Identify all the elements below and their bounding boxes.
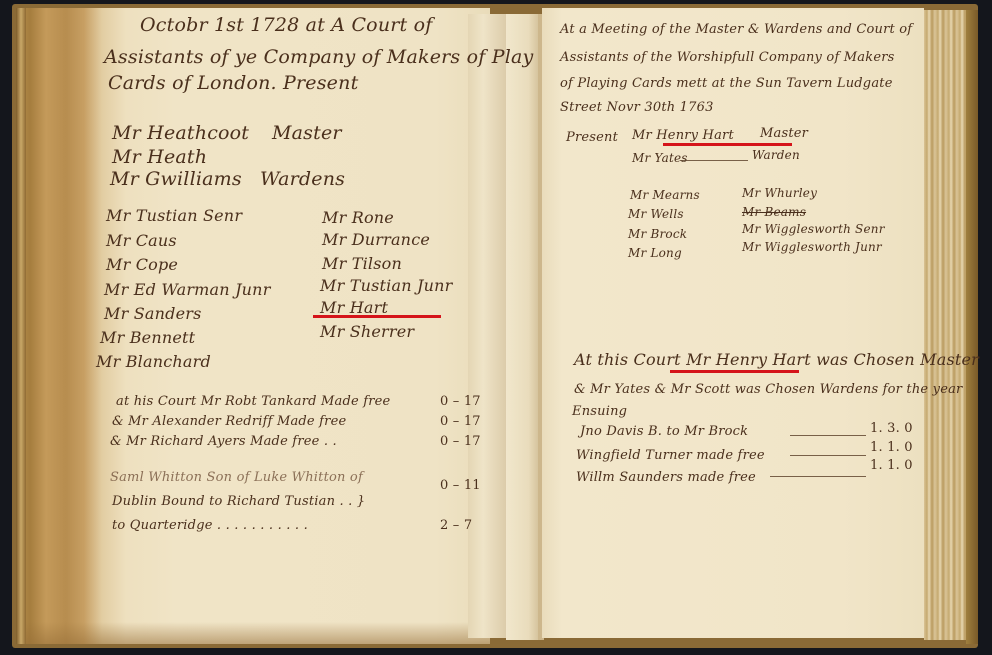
election-line: & Mr Yates & Mr Scott was Chosen Wardens… [574,382,962,397]
entry-text: Dublin Bound to Richard Tustian . . } [112,494,365,509]
entry-amount: 0 – 17 [440,414,481,429]
attendee: Mr Durrance [322,230,430,249]
attendee: Mr Ed Warman Junr [104,280,271,299]
entry-amount: 1. 1. 0 [870,440,913,455]
left-header-line: Cards of London. Present [108,72,358,94]
officer-name: Mr Heath [112,146,207,168]
entry-text: Wingfield Turner made free [576,448,765,463]
entry-amount: 1. 1. 0 [870,458,913,473]
leader-line [680,160,748,161]
highlight-underline [670,370,799,373]
officer-role: Master [760,126,808,141]
officer-name: Mr Gwilliams [110,168,242,190]
attendee: Mr Sanders [104,304,202,323]
attendee: Mr Mearns [630,188,700,202]
entry-text: Jno Davis B. to Mr Brock [580,424,748,439]
gutter-leaf [506,14,538,640]
entry-text: Willm Saunders made free [576,470,756,485]
attendee: Mr Sherrer [320,322,414,341]
entry-text: & Mr Alexander Redriff Made free [112,414,346,429]
entry-text: at his Court Mr Robt Tankard Made free [116,394,390,409]
attendee: Mr Tustian Junr [320,276,452,295]
entry-text: to Quarteridge . . . . . . . . . . . [112,518,308,533]
leader-line [770,476,866,477]
gutter-leaf [468,14,506,638]
attendee-struck: Mr Beams [742,205,806,219]
leader-line [790,435,866,436]
left-header-line: Assistants of ye Company of Makers of Pl… [104,46,533,68]
attendee: Mr Long [628,246,682,260]
right-header-line: of Playing Cards mett at the Sun Tavern … [560,76,893,91]
present-label: Present [566,130,618,145]
left-page-edge [16,8,26,644]
entry-amount: 2 – 7 [440,518,472,533]
attendee: Mr Caus [106,231,177,250]
highlight-underline [663,143,792,146]
officer-name-highlighted: Mr Henry Hart [632,128,734,143]
attendee: Mr Bennett [100,328,195,347]
officer-role: Master [272,122,342,144]
right-header-line: Street Novr 30th 1763 [560,100,714,115]
entry-text: Saml Whitton Son of Luke Whitton of [110,470,363,485]
right-header-line: At a Meeting of the Master & Wardens and… [560,22,912,37]
attendee: Mr Brock [628,227,687,241]
right-cover-edge [966,10,978,644]
election-line: At this Court Mr Henry Hart was Chosen M… [574,350,979,369]
attendee: Mr Whurley [742,186,817,200]
attendee: Mr Wells [628,207,684,221]
election-line: Ensuing [572,404,627,419]
right-header-line: Assistants of the Worshipfull Company of… [560,50,895,65]
left-header-line: Octobr 1st 1728 at A Court of [140,14,433,36]
attendee: Mr Cope [106,255,178,274]
attendee: Mr Tustian Senr [106,206,242,225]
officer-role: Wardens [260,168,345,190]
entry-amount: 0 – 17 [440,394,481,409]
officer-role: Warden [752,148,800,162]
officer-name: Mr Heathcoot [112,122,249,144]
officer-name: Mr Yates [632,151,688,165]
highlight-underline [313,315,441,318]
leader-line [790,455,866,456]
attendee: Mr Blanchard [96,352,211,371]
attendee: Mr Rone [322,208,394,227]
entry-amount: 0 – 17 [440,434,481,449]
attendee: Mr Wigglesworth Senr [742,222,885,236]
entry-amount: 0 – 11 [440,478,481,493]
attendee: Mr Tilson [322,254,402,273]
attendee: Mr Wigglesworth Junr [742,240,882,254]
left-page [16,8,490,644]
entry-amount: 1. 3. 0 [870,421,913,436]
entry-text: & Mr Richard Ayers Made free . . [110,434,337,449]
